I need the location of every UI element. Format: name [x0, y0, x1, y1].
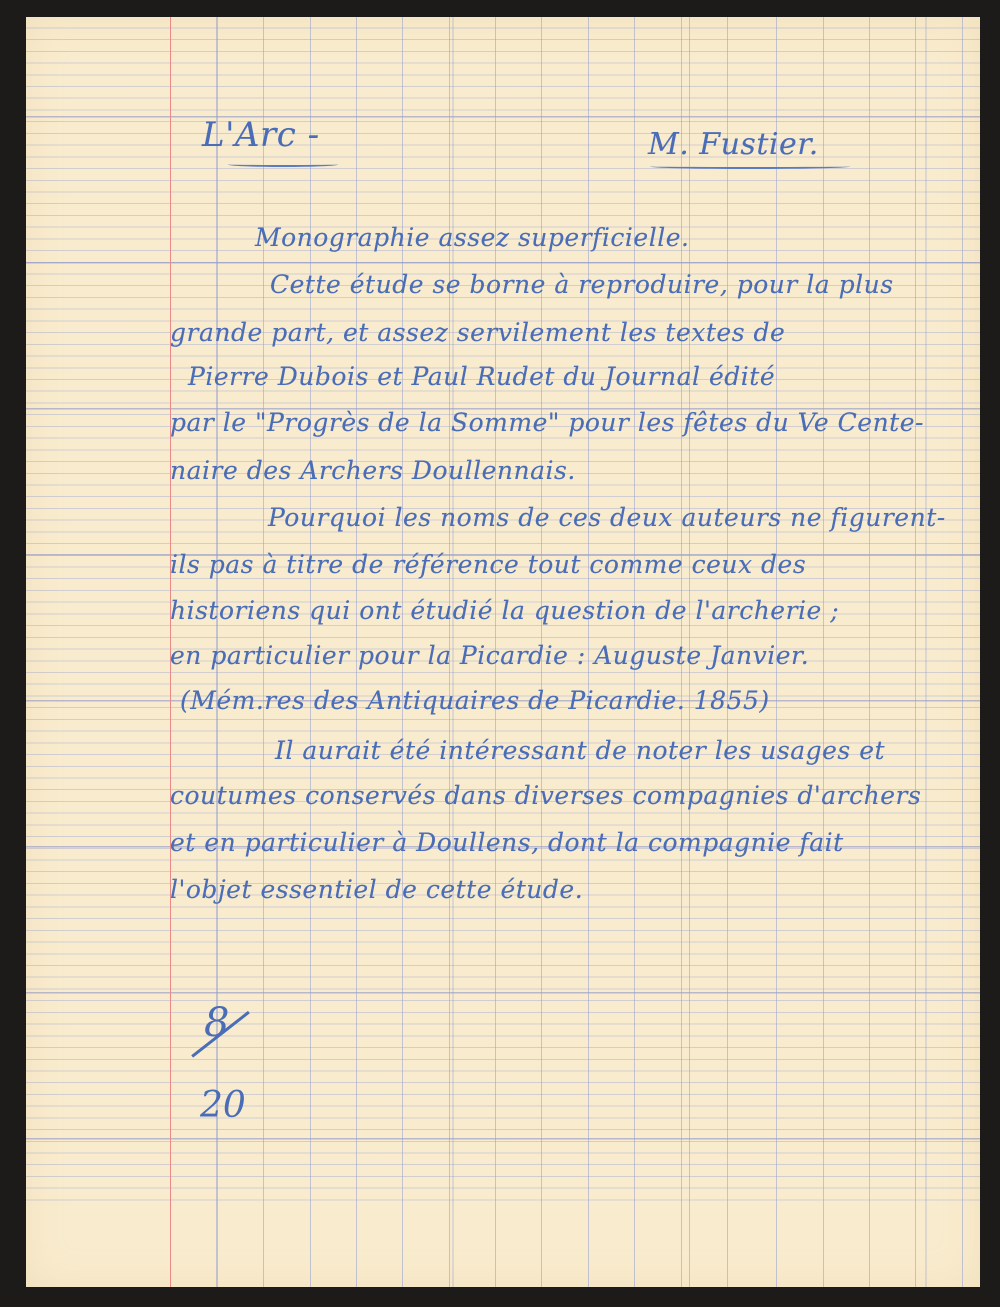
text-line: coutumes conservés dans diverses compagn… — [170, 783, 921, 808]
text-line: Pierre Dubois et Paul Rudet du Journal é… — [188, 364, 775, 389]
author-underline — [650, 164, 850, 169]
text-line: et en particulier à Doullens, dont la co… — [170, 830, 844, 855]
text-line: historiens qui ont étudié la question de… — [170, 598, 839, 623]
author-name: M. Fustier. — [648, 130, 819, 160]
grid-line — [962, 17, 963, 1287]
text-line: Cette étude se borne à reproduire, pour … — [270, 272, 894, 297]
text-line: l'objet essentiel de cette étude. — [170, 877, 583, 902]
grid-line — [823, 17, 824, 1287]
text-line: naire des Archers Doullennais. — [170, 458, 576, 483]
title-underline — [228, 162, 338, 167]
text-line: ils pas à titre de référence tout comme … — [170, 552, 806, 577]
text-line: (Mém.res des Antiquaires de Picardie. 18… — [180, 688, 770, 713]
text-line: grande part, et assez servilement les te… — [170, 320, 785, 345]
grid-line — [915, 17, 916, 1287]
grade-score: 8 — [204, 1000, 229, 1046]
text-line: Monographie assez superficielle. — [255, 225, 689, 250]
text-line: Pourquoi les noms de ces deux auteurs ne… — [268, 505, 946, 530]
text-line: en particulier pour la Picardie : August… — [170, 643, 809, 668]
grid-line — [869, 17, 870, 1287]
text-line: par le "Progrès de la Somme" pour les fê… — [170, 410, 924, 435]
text-line: Il aurait été intéressant de noter les u… — [275, 738, 885, 763]
grade-out-of: 20 — [200, 1085, 246, 1126]
essay-title: L'Arc - — [202, 118, 320, 152]
